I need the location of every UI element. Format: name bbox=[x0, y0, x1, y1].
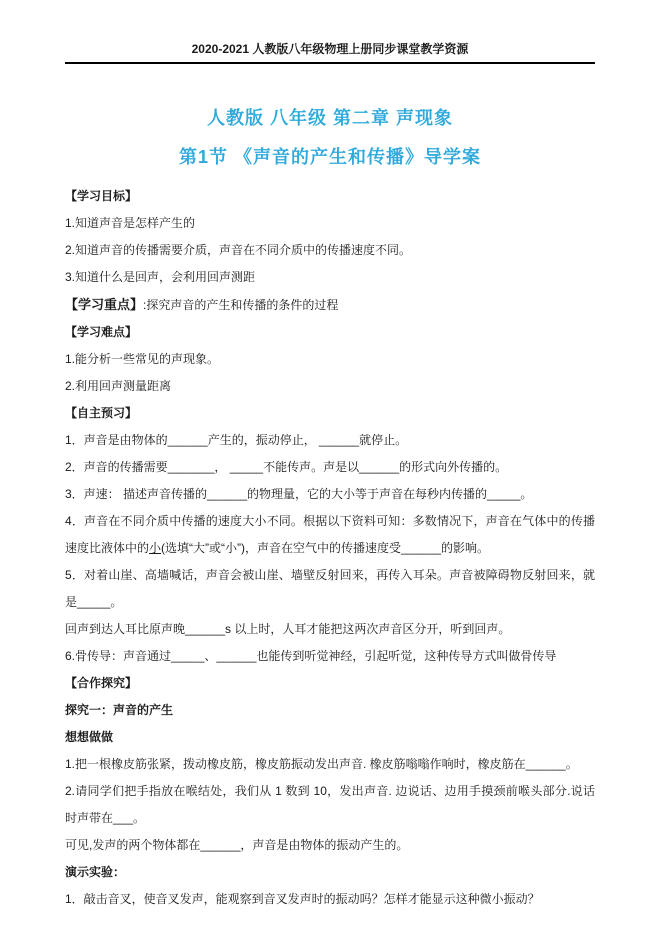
think-and-do-conclusion: 可见,发声的两个物体都在______，声音是由物体的振动产生的。 bbox=[65, 832, 595, 859]
preview-item-3: 3．声速： 描述声音传播的______的物理量，它的大小等于声音在每秒内传播的_… bbox=[65, 481, 595, 508]
difficult-point-item-2: 2.利用回声测量距离 bbox=[65, 373, 595, 400]
preview-item-4-text-tail: (选填“大”或“小”)，声音在空气中的传播速度受______的影响。 bbox=[161, 541, 489, 555]
preview-item-4: 4．声音在不同介质中传播的速度大小不同。根据以下资料可知：多数情况下，声音在气体… bbox=[65, 508, 595, 562]
key-point-text: :探究声音的产生和传播的条件的过程 bbox=[143, 298, 338, 312]
learning-goal-item-3: 3.知道什么是回声，会利用回声测距 bbox=[65, 264, 595, 291]
document-title-line-2: 第1节 《声音的产生和传播》导学案 bbox=[65, 143, 595, 169]
cooperative-inquiry-heading: 【合作探究】 bbox=[65, 670, 595, 697]
self-preview-heading: 【自主预习】 bbox=[65, 400, 595, 427]
preview-item-6: 6.骨传导：声音通过_____、______也能传到听觉神经，引起听觉，这种传导… bbox=[65, 643, 595, 670]
think-and-do-heading: 想想做做 bbox=[65, 724, 595, 751]
difficult-points-heading: 【学习难点】 bbox=[65, 319, 595, 346]
think-and-do-item-2: 2.请同学们把手指放在喉结处，我们从 1 数到 10，发出声音. 边说话、边用手… bbox=[65, 778, 595, 832]
key-point-line: 【学习重点】:探究声音的产生和传播的条件的过程 bbox=[65, 291, 595, 319]
learning-goal-item-2: 2.知道声音的传播需要介质，声音在不同介质中的传播速度不同。 bbox=[65, 237, 595, 264]
difficult-point-item-1: 1.能分析一些常见的声现象。 bbox=[65, 346, 595, 373]
inquiry-1-heading: 探究一：声音的产生 bbox=[65, 697, 595, 724]
preview-echo-note: 回声到达人耳比原声晚______s 以上时，人耳才能把这两次声音区分开，听到回声… bbox=[65, 616, 595, 643]
demo-experiment-heading: 演示实验： bbox=[65, 859, 595, 886]
learning-goal-item-1: 1.知道声音是怎样产生的 bbox=[65, 210, 595, 237]
preview-item-5: 5．对着山崖、高墙喊话，声音会被山崖、墙壁反射回来，再传入耳朵。声音被障碍物反射… bbox=[65, 562, 595, 616]
learning-goals-heading: 【学习目标】 bbox=[65, 183, 595, 210]
document-title-line-1: 人教版 八年级 第二章 声现象 bbox=[65, 104, 595, 130]
key-point-heading: 【学习重点】 bbox=[65, 297, 143, 312]
preview-item-1: 1．声音是由物体的______产生的，振动停止， ______就停止。 bbox=[65, 427, 595, 454]
document-body: 【学习目标】 1.知道声音是怎样产生的 2.知道声音的传播需要介质，声音在不同介… bbox=[65, 183, 595, 913]
preview-item-2: 2．声音的传播需要_______， _____不能传声。声是以______的形式… bbox=[65, 454, 595, 481]
think-and-do-item-1: 1.把一根橡皮筋张紧，拨动橡皮筋，橡皮筋振动发出声音. 橡皮筋嗡嗡作响时，橡皮筋… bbox=[65, 751, 595, 778]
preview-item-4-filled-answer: 小 bbox=[149, 541, 161, 555]
document-header-text: 2020-2021 人教版八年级物理上册同步课堂教学资源 bbox=[65, 41, 595, 57]
header-divider bbox=[65, 62, 595, 64]
demo-experiment-item-1: 1．敲击音叉，使音叉发声，能观察到音叉发声时的振动吗？怎样才能显示这种微小振动？ bbox=[65, 886, 595, 913]
